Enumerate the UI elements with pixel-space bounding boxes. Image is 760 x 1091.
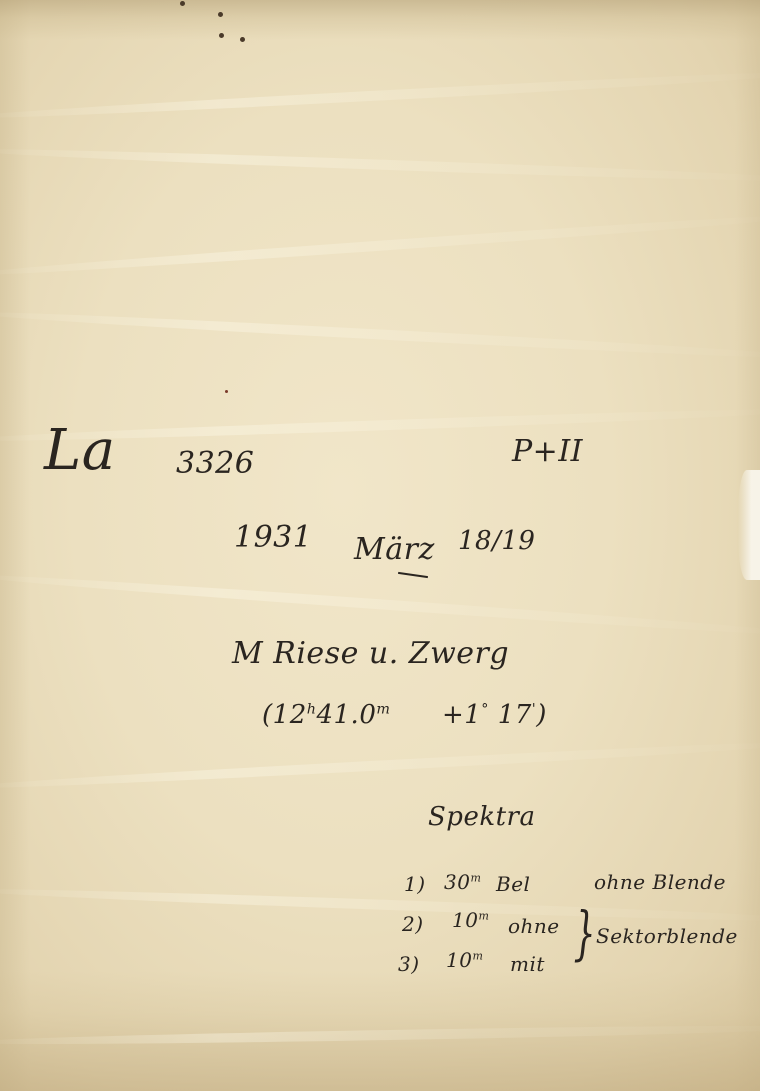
spectrum-index: 1) <box>404 872 426 896</box>
exposure-value: 10 <box>452 908 478 932</box>
exposure-unit: m <box>470 871 481 884</box>
plate-mark: P+II <box>512 434 583 469</box>
declination: +1 <box>442 700 481 730</box>
exposure-value: 10 <box>446 948 472 972</box>
wrinkle <box>0 1022 760 1047</box>
date-month: März <box>354 532 435 567</box>
wrinkle <box>0 210 760 280</box>
brace: } <box>573 904 595 962</box>
wrinkle <box>0 68 760 123</box>
wrinkle <box>0 308 760 363</box>
month-underline <box>398 572 428 578</box>
binder-hole <box>219 33 224 38</box>
exposure-value: 30 <box>444 870 470 894</box>
paren-close: ) <box>536 700 547 730</box>
declination-unit: ° <box>481 701 489 717</box>
spectrum-exposure: 10m <box>446 948 483 972</box>
spectrum-note: mit <box>510 952 545 976</box>
wrinkle <box>0 145 760 185</box>
binder-hole <box>240 37 245 42</box>
date-year: 1931 <box>234 520 312 555</box>
binder-hole <box>180 1 185 6</box>
coordinates: (12h41.0m +1° 17') <box>262 700 547 730</box>
binder-hole <box>218 12 223 17</box>
group-setting: Sektorblende <box>596 924 738 948</box>
wrinkle <box>0 570 760 640</box>
document-sheet: La 3326 P+II 1931 März 18/19 M Riese u. … <box>0 0 760 1091</box>
section-title: Spektra <box>428 802 535 832</box>
envelope-tab <box>738 470 760 580</box>
spectrum-index: 2) <box>402 912 424 936</box>
paren-open: ( <box>262 700 273 730</box>
ra-hours: 12 <box>273 700 307 730</box>
object-name: M Riese u. Zwerg <box>232 636 509 671</box>
declination-arcmin: 17 <box>498 700 532 730</box>
ra-hours-unit: h <box>307 701 317 717</box>
spectrum-index: 3) <box>398 952 420 976</box>
catalog-number: 3326 <box>176 446 254 481</box>
ra-minutes: 41.0 <box>316 700 376 730</box>
spectrum-note: ohne <box>508 914 560 938</box>
catalog-prefix: La <box>44 418 116 483</box>
ra-minutes-unit: m <box>376 701 390 717</box>
spectrum-exposure: 10m <box>452 908 489 932</box>
exposure-unit: m <box>472 949 483 962</box>
exposure-unit: m <box>478 909 489 922</box>
wrinkle <box>0 738 760 793</box>
date-days: 18/19 <box>458 526 535 556</box>
spectrum-exposure: 30m <box>444 870 481 894</box>
ink-speck <box>225 390 228 393</box>
spectrum-setting: ohne Blende <box>594 870 726 894</box>
spectrum-note: Bel <box>496 872 530 896</box>
